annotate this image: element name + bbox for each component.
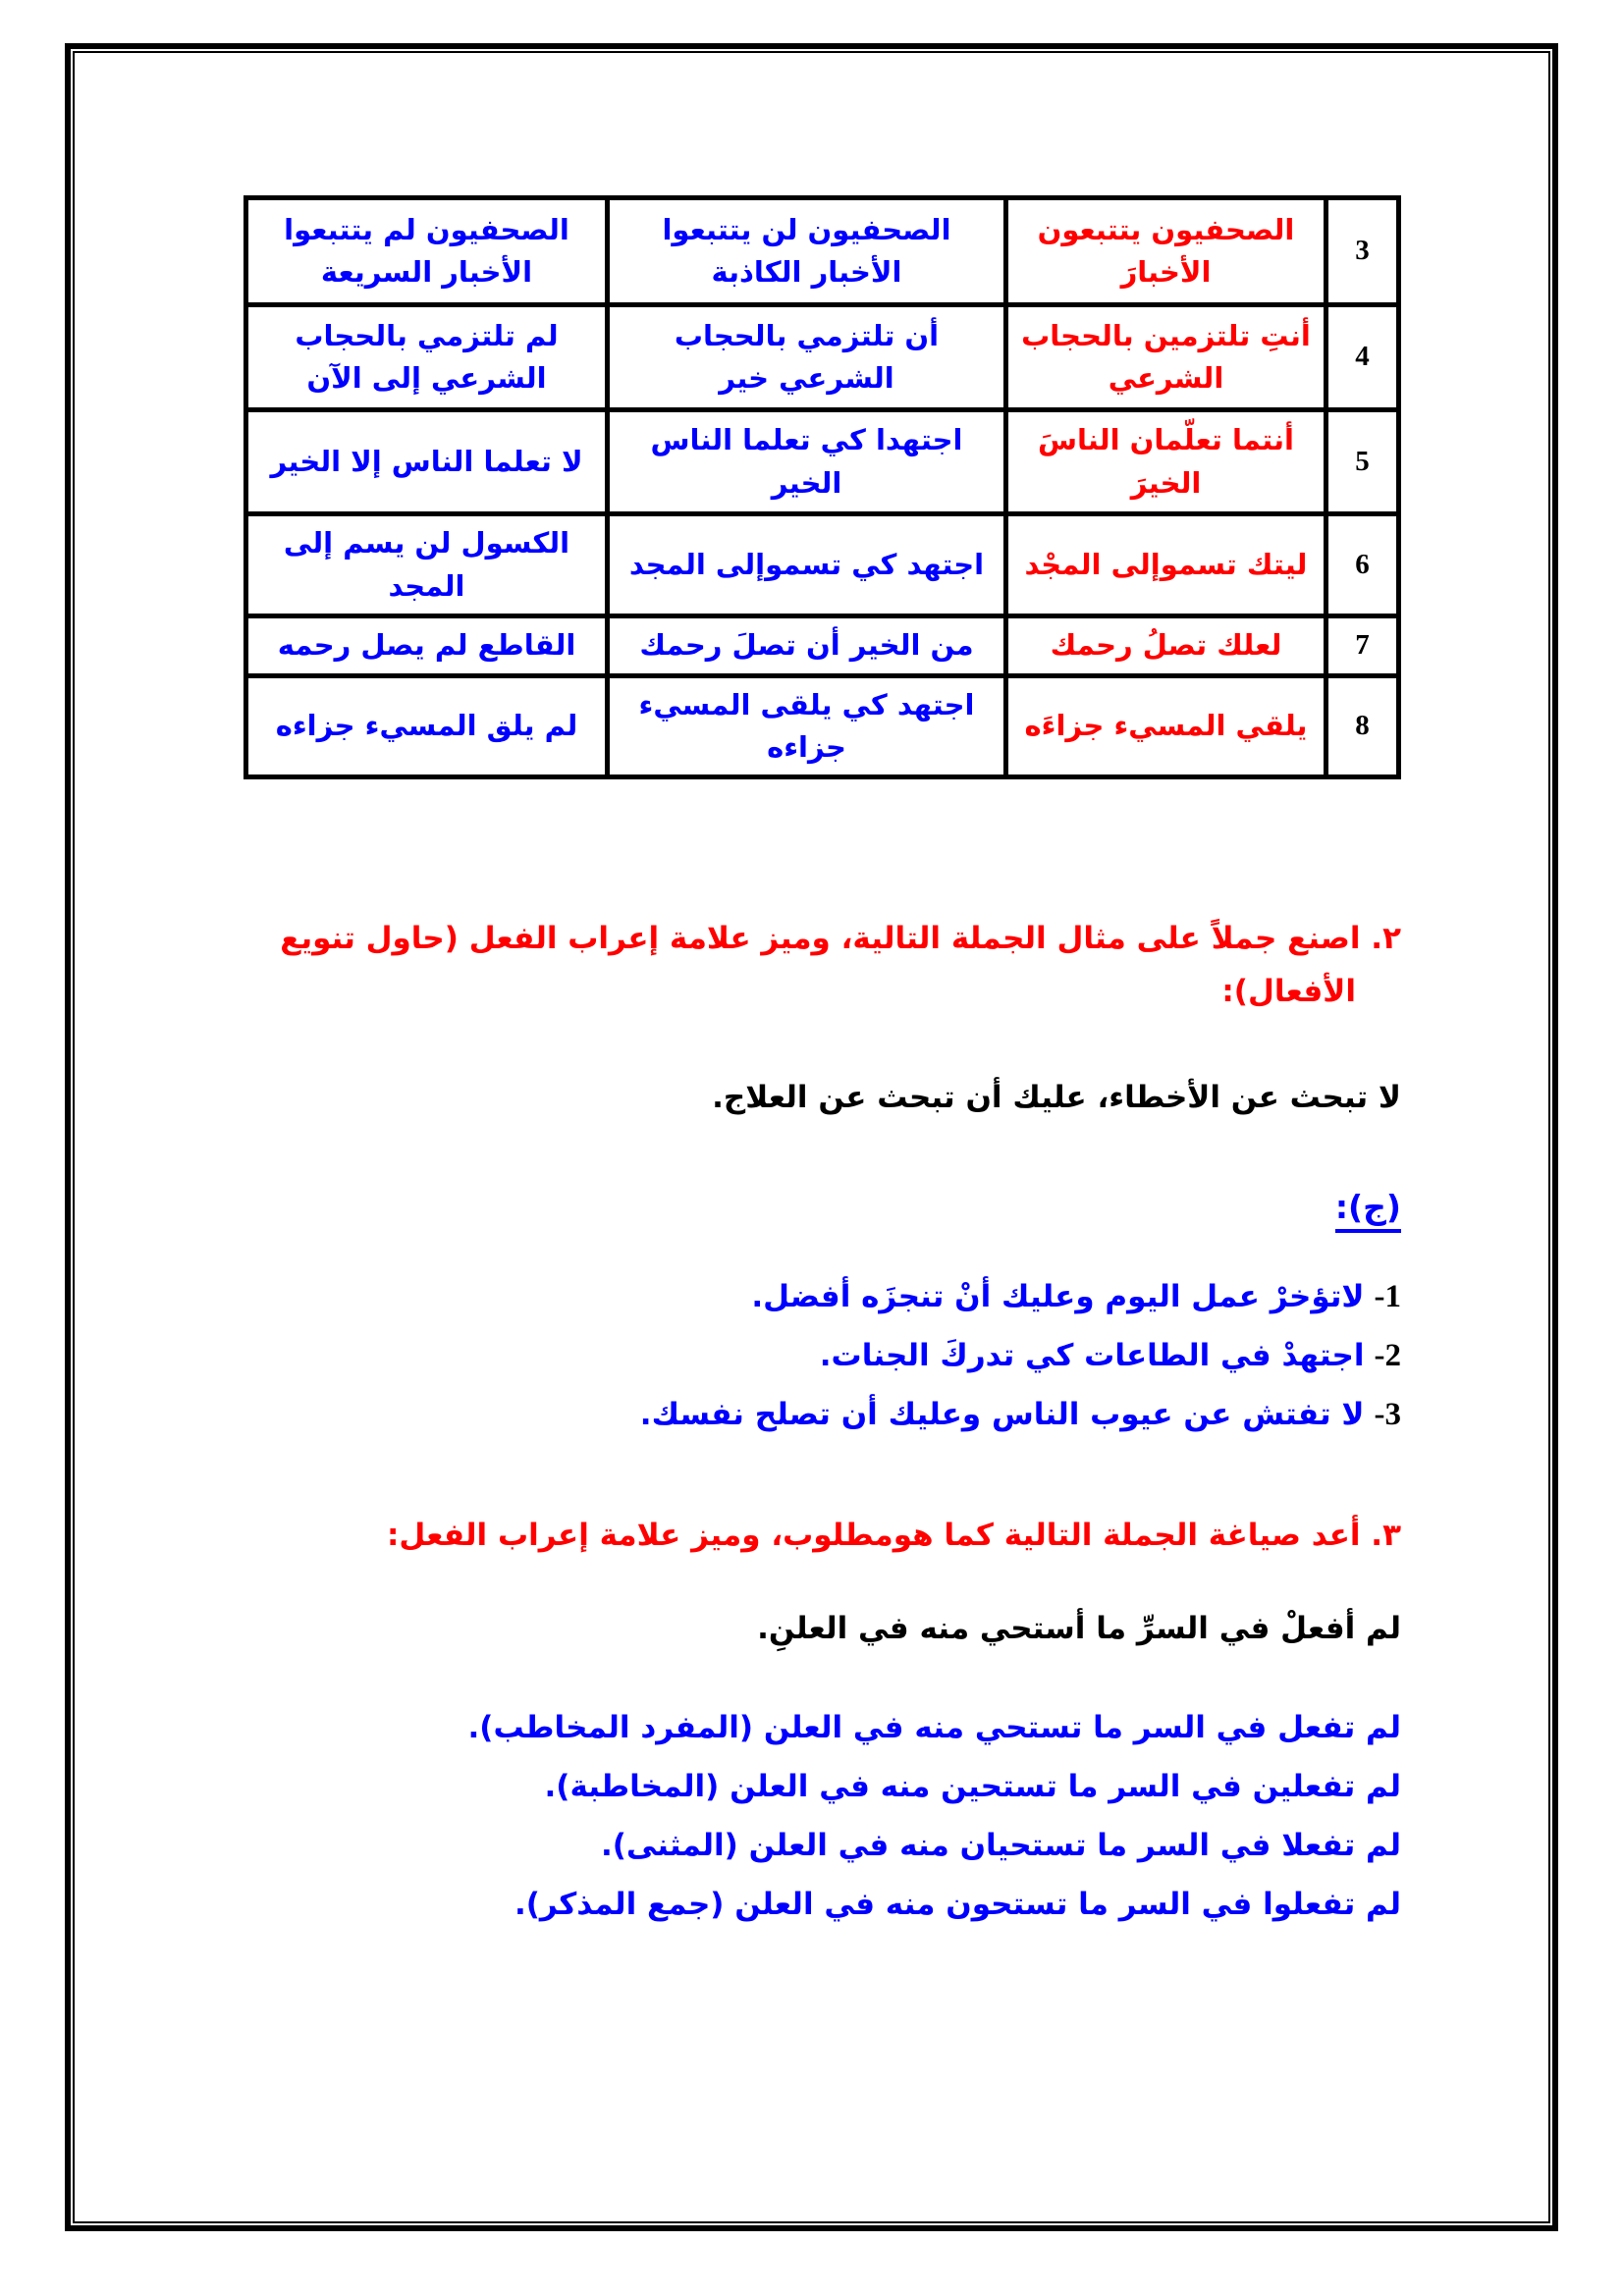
reformulation-item: لم تفعلوا في السر ما تستحون منه في العلن… [183,1875,1401,1934]
jussive-sentence-cell: القاطع لم يصل رحمه [246,616,608,676]
base-sentence-cell: الصحفيون يتتبعون الأخبارَ [1006,198,1326,305]
row-number-cell: 5 [1326,410,1399,514]
row-number-cell: 6 [1326,514,1399,616]
base-sentence-cell: يلقي المسيء جزاءَه [1006,676,1326,777]
reformulation-list: لم تفعل في السر ما تستحي منه في العلن (ا… [183,1698,1401,1934]
answer-heading-text: (ج): [1335,1188,1401,1233]
answer-item-number: 2- [1375,1338,1402,1373]
question-2-prompt: ٢. اصنع جملاً على مثال الجملة التالية، و… [217,912,1401,1019]
subjunctive-sentence-cell: اجتهد كي تسموإلى المجد [608,514,1006,616]
answer-item-text: لا تفتش عن عيوب الناس وعليك أن تصلح نفسك… [640,1397,1365,1432]
verb-conjugation-table: 3 الصحفيون يتتبعون الأخبارَ الصحفيون لن … [243,195,1401,779]
base-sentence-cell: أنتِ تلتزمين بالحجاب الشرعي [1006,305,1326,410]
answer-item: 1-لاتؤخرْ عمل اليوم وعليك أنْ تنجزَه أفض… [183,1267,1401,1326]
row-number-cell: 4 [1326,305,1399,410]
subjunctive-sentence-cell: أن تلتزمي بالحجاب الشرعي خير [608,305,1006,410]
jussive-sentence-cell: الكسول لن يسم إلى المجد [246,514,608,616]
page-content: 3 الصحفيون يتتبعون الأخبارَ الصحفيون لن … [75,53,1548,2221]
page-border: 3 الصحفيون يتتبعون الأخبارَ الصحفيون لن … [65,43,1558,2231]
answer-heading: (ج): [183,1188,1401,1226]
answer-item-text: لاتؤخرْ عمل اليوم وعليك أنْ تنجزَه أفضل. [751,1279,1364,1314]
row-number-cell: 7 [1326,616,1399,676]
reformulation-item: لم تفعلين في السر ما تستحين منه في العلن… [183,1757,1401,1816]
row-number-cell: 3 [1326,198,1399,305]
jussive-sentence-cell: لا تعلما الناس إلا الخير [246,410,608,514]
subjunctive-sentence-cell: اجتهدا كي تعلما الناس الخير [608,410,1006,514]
jussive-sentence-cell: لم تلتزمي بالحجاب الشرعي إلى الآن [246,305,608,410]
jussive-sentence-cell: لم يلق المسيء جزاءه [246,676,608,777]
question-2-example-sentence: لا تبحث عن الأخطاء، عليك أن تبحث عن العل… [183,1076,1401,1120]
table-row: 8 يلقي المسيء جزاءَه اجتهد كي يلقى المسي… [246,676,1399,777]
subjunctive-sentence-cell: من الخير أن تصلَ رحمك [608,616,1006,676]
reformulation-item: لم تفعلا في السر ما تستحيان منه في العلن… [183,1816,1401,1875]
row-number-cell: 8 [1326,676,1399,777]
table-row: 6 ليتك تسموإلى المجْد اجتهد كي تسموإلى ا… [246,514,1399,616]
question-3-example-sentence: لم أفعلْ في السرِّ ما أستحي منه في العلن… [183,1607,1401,1651]
answer-item-number: 1- [1375,1279,1402,1314]
base-sentence-cell: لعلك تصلُ رحمك [1006,616,1326,676]
question-3-prompt: ٣. أعد صياغة الجملة التالية كما هومطلوب،… [217,1509,1401,1562]
table-row: 3 الصحفيون يتتبعون الأخبارَ الصحفيون لن … [246,198,1399,305]
answer-list: 1-لاتؤخرْ عمل اليوم وعليك أنْ تنجزَه أفض… [183,1267,1401,1444]
reformulation-item: لم تفعل في السر ما تستحي منه في العلن (ا… [183,1698,1401,1757]
answer-item-text: اجتهدْ في الطاعات كي تدركَ الجنات. [820,1338,1365,1373]
answer-item: 3-لا تفتش عن عيوب الناس وعليك أن تصلح نف… [183,1385,1401,1444]
answer-item: 2-اجتهدْ في الطاعات كي تدركَ الجنات. [183,1326,1401,1385]
table-row: 5 أنتما تعلّمان الناسَ الخيرَ اجتهدا كي … [246,410,1399,514]
base-sentence-cell: ليتك تسموإلى المجْد [1006,514,1326,616]
subjunctive-sentence-cell: الصحفيون لن يتتبعوا الأخبار الكاذبة [608,198,1006,305]
table-row: 7 لعلك تصلُ رحمك من الخير أن تصلَ رحمك ا… [246,616,1399,676]
base-sentence-cell: أنتما تعلّمان الناسَ الخيرَ [1006,410,1326,514]
answer-item-number: 3- [1375,1397,1402,1432]
subjunctive-sentence-cell: اجتهد كي يلقى المسيء جزاءه [608,676,1006,777]
jussive-sentence-cell: الصحفيون لم يتتبعوا الأخبار السريعة [246,198,608,305]
table-row: 4 أنتِ تلتزمين بالحجاب الشرعي أن تلتزمي … [246,305,1399,410]
page-border-inner: 3 الصحفيون يتتبعون الأخبارَ الصحفيون لن … [73,51,1550,2223]
